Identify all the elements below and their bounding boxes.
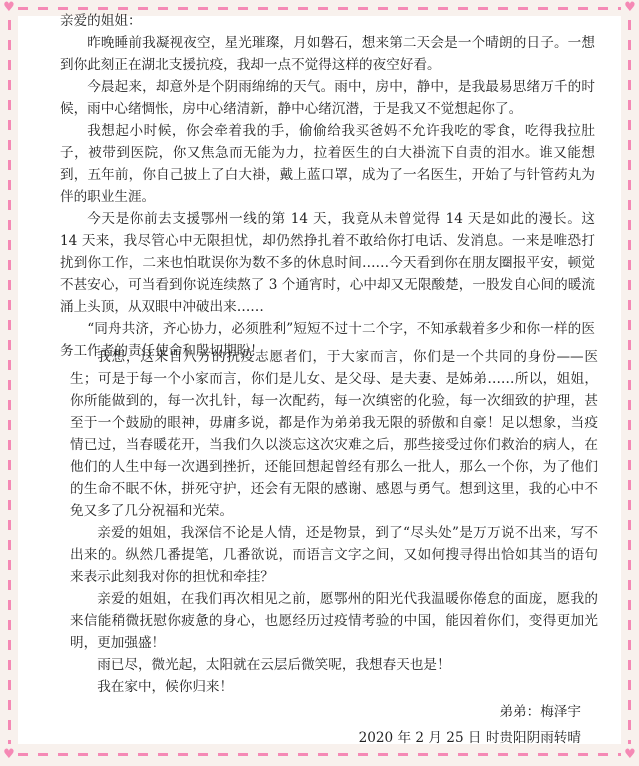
paragraph: 今天是你前去支援鄂州一线的第 14 天，我竟从未曾觉得 14 天是如此的漫长。这… bbox=[60, 208, 595, 318]
heart-icon: ♥ bbox=[3, 749, 15, 761]
dashed-border-bottom bbox=[18, 753, 621, 756]
paragraph: 我在家中，候你归来！ bbox=[70, 676, 598, 698]
date-line: 2020 年 2 月 25 日 时贵阳阴雨转晴 bbox=[359, 726, 581, 746]
paragraph: 我想起小时候，你会牵着我的手，偷偷给我买爸妈不允许我吃的零食，吃得我拉肚子，被带… bbox=[60, 120, 595, 208]
salutation: 亲爱的姐姐： bbox=[60, 10, 595, 32]
signature: 弟弟：梅泽宇 bbox=[499, 700, 581, 720]
paragraph: 雨已尽，微光起，太阳就在云层后微笑呢，我想春天也是！ bbox=[70, 654, 598, 676]
heart-icon: ♥ bbox=[624, 749, 636, 761]
letter-body-part2: 我想，这来自八方的抗疫志愿者们，于大家而言，你们是一个共同的身份——医生；可是于… bbox=[70, 346, 598, 698]
dashed-border-right bbox=[628, 20, 631, 744]
paragraph: 昨晚睡前我凝视夜空，星光璀璨，月如磐石，想来第二天会是一个晴朗的日子。一想到你此… bbox=[60, 32, 595, 76]
paragraph: 亲爱的姐姐，在我们再次相见之前，愿鄂州的阳光代我温暖你倦怠的面庞，愿我的来信能稍… bbox=[70, 588, 598, 654]
paragraph: 我想，这来自八方的抗疫志愿者们，于大家而言，你们是一个共同的身份——医生；可是于… bbox=[70, 346, 598, 522]
heart-icon: ♥ bbox=[624, 2, 636, 14]
paragraph: 亲爱的姐姐，我深信不论是人情，还是物景，到了“尽头处”是万万说不出来，写不出来的… bbox=[70, 522, 598, 588]
letter-body: 亲爱的姐姐： 昨晚睡前我凝视夜空，星光璀璨，月如磐石，想来第二天会是一个晴朗的日… bbox=[60, 10, 595, 362]
paragraph: 今晨起来，却意外是个阴雨绵绵的天气。雨中，房中，静中，是我最易思绪万千的时候，雨… bbox=[60, 76, 595, 120]
dashed-border-left bbox=[8, 20, 11, 744]
heart-icon: ♥ bbox=[3, 2, 15, 14]
letter-frame: ♥ ♥ ♥ ♥ 亲爱的姐姐： 昨晚睡前我凝视夜空，星光璀璨，月如磐石，想来第二天… bbox=[0, 0, 639, 766]
